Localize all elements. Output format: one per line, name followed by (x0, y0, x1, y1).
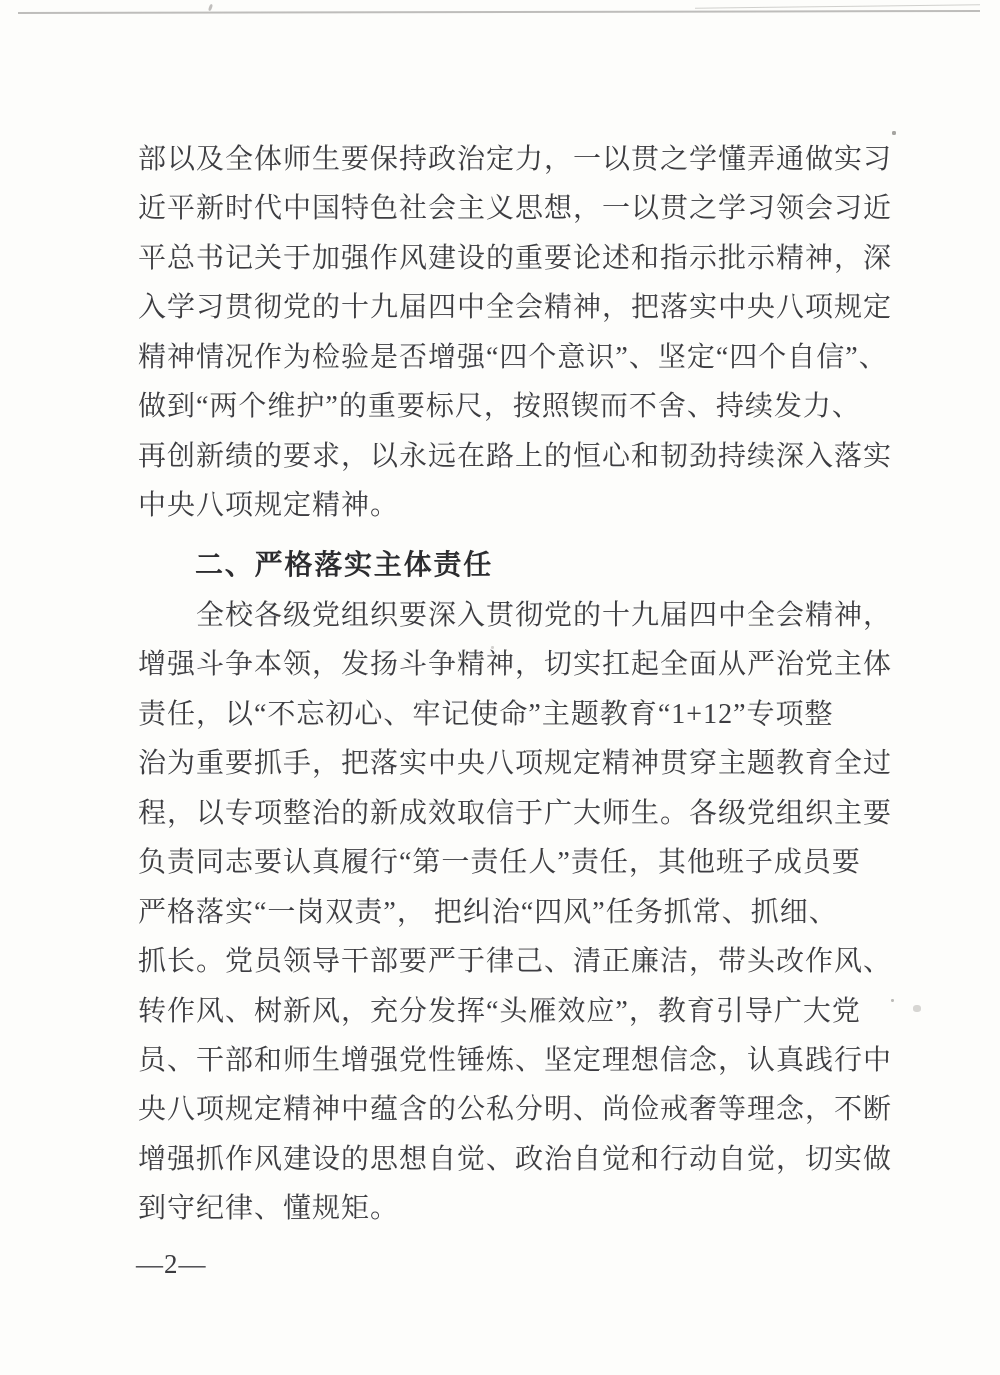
text-line: 负责同志要认真履行“第一责任人”责任，其他班子成员要 (138, 838, 868, 887)
text-line: 中央八项规定精神。 (138, 481, 868, 530)
text-line: 全校各级党组织要深入贯彻党的十九届四中全会精神， (138, 591, 868, 640)
text-line: 员、干部和师生增强党性锤炼、坚定理想信念，认真践行中 (138, 1036, 868, 1085)
text-line: 平总书记关于加强作风建设的重要论述和指示批示精神，深 (138, 234, 868, 283)
text-line: 近平新时代中国特色社会主义思想，一以贯之学习领会习近 (138, 184, 868, 233)
text-line: 到守纪律、懂规矩。 (138, 1184, 868, 1233)
scanned-document-page: 部以及全体师生要保持政治定力，一以贯之学懂弄通做实习 近平新时代中国特色社会主义… (0, 0, 1000, 1375)
section-heading-2: 二、严格落实主体责任 (195, 540, 493, 590)
scan-noise-speck (913, 1005, 921, 1012)
text-line: 入学习贯彻党的十九届四中全会精神，把落实中央八项规定 (138, 283, 868, 332)
scan-noise-speck (208, 4, 213, 12)
text-line: 责任，以“不忘初心、牢记使命”主题教育“1+12”专项整 (138, 690, 868, 739)
scan-noise-speck (891, 999, 894, 1002)
text-line: 再创新绩的要求，以永远在路上的恒心和韧劲持续深入落实 (138, 432, 868, 481)
text-line: 程，以专项整治的新成效取信于广大师生。各级党组织主要 (138, 789, 868, 838)
body-paragraph-main: 全校各级党组织要深入贯彻党的十九届四中全会精神， 增强斗争本领，发扬斗争精神，切… (138, 591, 868, 1234)
text-line: 转作风、树新风，充分发挥“头雁效应”，教育引导广大党 (138, 987, 868, 1036)
page-number: —2— (136, 1249, 207, 1280)
body-paragraph-continuation: 部以及全体师生要保持政治定力，一以贯之学懂弄通做实习 近平新时代中国特色社会主义… (138, 135, 868, 531)
text-line: 精神情况作为检验是否增强“四个意识”、坚定“四个自信”、 (138, 333, 868, 382)
text-line: 增强斗争本领，发扬斗争精神，切实扛起全面从严治党主体 (138, 640, 868, 689)
text-line: 抓长。党员领导干部要严于律己、清正廉洁，带头改作风、 (138, 937, 868, 986)
scanner-edge-line (18, 10, 980, 14)
text-line: 增强抓作风建设的思想自觉、政治自觉和行动自觉，切实做 (138, 1135, 868, 1184)
text-line: 做到“两个维护”的重要标尺，按照锲而不舍、持续发力、 (138, 382, 868, 431)
scanner-edge-line-secondary (695, 4, 980, 8)
text-line: 部以及全体师生要保持政治定力，一以贯之学懂弄通做实习 (138, 135, 868, 184)
scan-noise-speck (892, 131, 896, 135)
text-line: 严格落实“一岗双责”， 把纠治“四风”任务抓常、抓细、 (138, 888, 868, 937)
text-line: 治为重要抓手，把落实中央八项规定精神贯穿主题教育全过 (138, 739, 868, 788)
text-line: 央八项规定精神中蕴含的公私分明、尚俭戒奢等理念，不断 (138, 1085, 868, 1134)
